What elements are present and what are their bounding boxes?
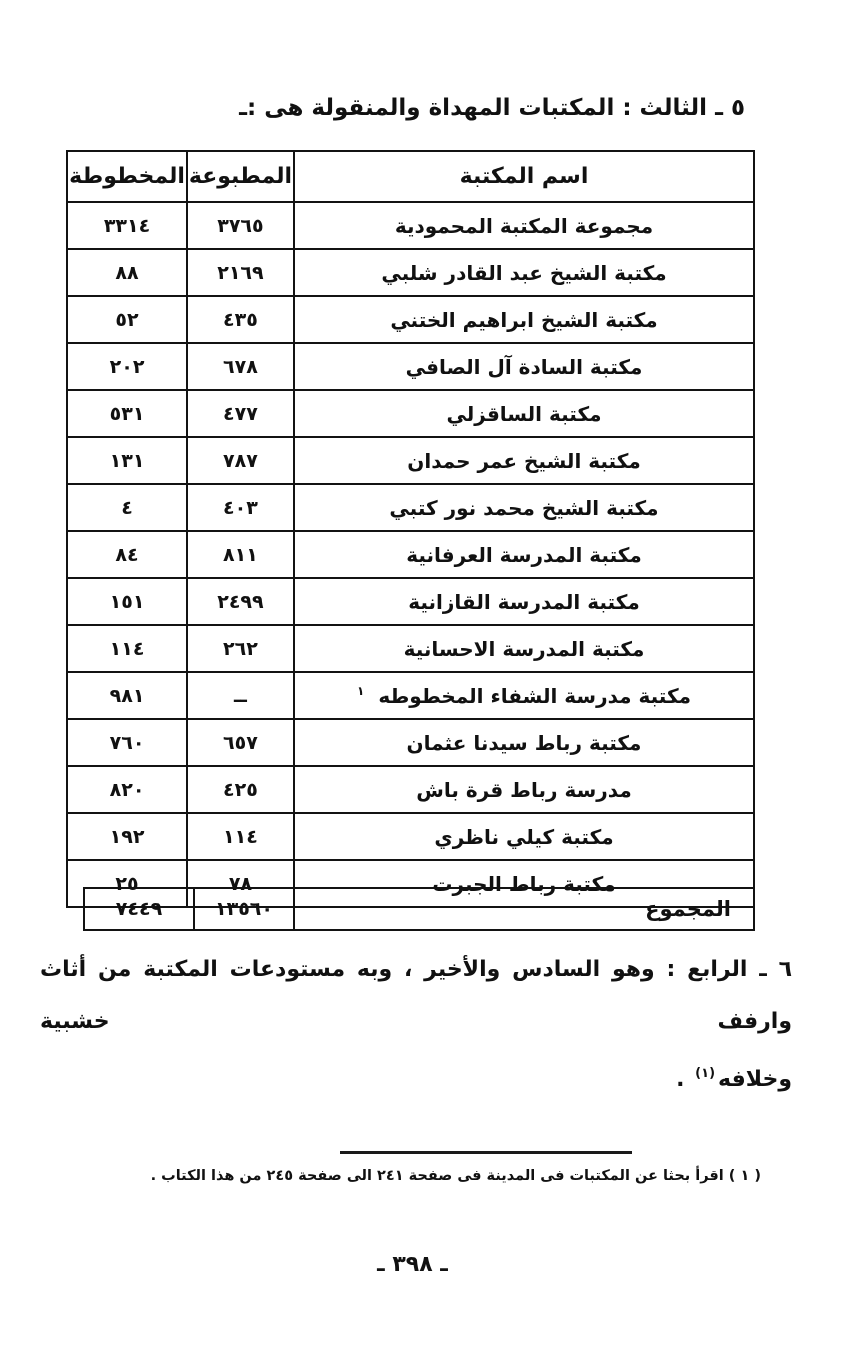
- library-name-cell: مكتبة رباط سيدنا عثمان: [294, 719, 754, 766]
- table-row: مكتبة المدرسة القازانية٢٤٩٩١٥١: [67, 578, 754, 625]
- library-name-cell: مكتبة الساقزلي: [294, 390, 754, 437]
- totals-table: المجموع ١٣٥٦٠ ٧٤٤٩: [83, 887, 755, 931]
- table-row: مكتبة الشيخ عمر حمدان٧٨٧١٣١: [67, 437, 754, 484]
- table-row: مكتبة المدرسة الاحسانية٢٦٢١١٤: [67, 625, 754, 672]
- manuscript-count-cell: ١٩٢: [67, 813, 187, 860]
- table-row: مكتبة كيلي ناظري١١٤١٩٢: [67, 813, 754, 860]
- libraries-table: اسم المكتبة المطبوعة المخطوطة مجموعة الم…: [66, 150, 755, 908]
- table-row: مكتبة مدرسة الشفاء المخطوطه١ــ٩٨١: [67, 672, 754, 719]
- section-heading: ٥ ـ الثالث : المكتبات المهداة والمنقولة …: [239, 95, 745, 121]
- table-row: مكتبة المدرسة العرفانية٨١١٨٤: [67, 531, 754, 578]
- manuscript-count-cell: ٨٢٠: [67, 766, 187, 813]
- cell-note-mark: ١: [357, 684, 378, 698]
- paragraph-line-2-word: وخلافه: [718, 1067, 792, 1092]
- table-row: مكتبة السادة آل الصافي٦٧٨٢٠٢: [67, 343, 754, 390]
- library-name-cell: مجموعة المكتبة المحمودية: [294, 202, 754, 249]
- library-name-cell: مكتبة الشيخ عبد القادر شلبي: [294, 249, 754, 296]
- printed-count-cell: ٢١٦٩: [187, 249, 294, 296]
- printed-count-cell: ٢٤٩٩: [187, 578, 294, 625]
- printed-count-cell: ٢٦٢: [187, 625, 294, 672]
- table-row: مكتبة رباط سيدنا عثمان٦٥٧٧٦٠: [67, 719, 754, 766]
- header-manuscript: المخطوطة: [67, 151, 187, 202]
- printed-count-cell: ٤٢٥: [187, 766, 294, 813]
- printed-count-cell: ٤٠٣: [187, 484, 294, 531]
- printed-count-cell: ٦٥٧: [187, 719, 294, 766]
- library-name-cell: مكتبة الشيخ ابراهيم الختني: [294, 296, 754, 343]
- header-library-name: اسم المكتبة: [294, 151, 754, 202]
- totals-row: المجموع ١٣٥٦٠ ٧٤٤٩: [84, 888, 754, 930]
- printed-count-cell: ١١٤: [187, 813, 294, 860]
- paragraph-line-2-period: .: [676, 1067, 684, 1092]
- library-name-cell: مكتبة المدرسة الاحسانية: [294, 625, 754, 672]
- table-row: مكتبة الشيخ محمد نور كتبي٤٠٣٤: [67, 484, 754, 531]
- manuscript-count-cell: ٨٤: [67, 531, 187, 578]
- manuscript-count-cell: ٣٣١٤: [67, 202, 187, 249]
- printed-count-cell: ٤٧٧: [187, 390, 294, 437]
- table-row: مكتبة الشيخ ابراهيم الختني٤٣٥٥٢: [67, 296, 754, 343]
- footnote-divider: [340, 1151, 632, 1154]
- header-printed: المطبوعة: [187, 151, 294, 202]
- table-row: مكتبة الشيخ عبد القادر شلبي٢١٦٩٨٨: [67, 249, 754, 296]
- manuscript-count-cell: ١١٤: [67, 625, 187, 672]
- manuscript-count-cell: ٤: [67, 484, 187, 531]
- manuscript-count-cell: ٨٨: [67, 249, 187, 296]
- library-name-cell: مكتبة الشيخ عمر حمدان: [294, 437, 754, 484]
- total-printed-value: ١٣٥٦٠: [194, 888, 294, 930]
- printed-count-cell: ٤٣٥: [187, 296, 294, 343]
- footnote-text: ( ١ ) اقرأ بحثا عن المكتبات فى المدينة ف…: [151, 1168, 761, 1184]
- manuscript-count-cell: ١٣١: [67, 437, 187, 484]
- libraries-table-body: مجموعة المكتبة المحمودية٣٧٦٥٣٣١٤مكتبة ال…: [67, 202, 754, 907]
- table-row: مجموعة المكتبة المحمودية٣٧٦٥٣٣١٤: [67, 202, 754, 249]
- table-row: مدرسة رباط قرة باش٤٢٥٨٢٠: [67, 766, 754, 813]
- library-name-cell: مكتبة المدرسة القازانية: [294, 578, 754, 625]
- manuscript-count-cell: ٥٢: [67, 296, 187, 343]
- library-name-cell: مكتبة السادة آل الصافي: [294, 343, 754, 390]
- manuscript-count-cell: ٢٠٢: [67, 343, 187, 390]
- library-name-cell: مدرسة رباط قرة باش: [294, 766, 754, 813]
- printed-count-cell: ٦٧٨: [187, 343, 294, 390]
- library-name-cell: مكتبة الشيخ محمد نور كتبي: [294, 484, 754, 531]
- page-number: ـ ٣٩٨ ـ: [0, 1252, 825, 1277]
- printed-count-cell: ٣٧٦٥: [187, 202, 294, 249]
- table-row: مكتبة الساقزلي٤٧٧٥٣١: [67, 390, 754, 437]
- library-name-cell: مكتبة مدرسة الشفاء المخطوطه١: [294, 672, 754, 719]
- body-paragraph: ٦ ـ الرابع : وهو السادس والأخير ، وبه مس…: [40, 944, 792, 1106]
- manuscript-count-cell: ٧٦٠: [67, 719, 187, 766]
- footnote-reference: (١): [692, 1066, 718, 1081]
- manuscript-count-cell: ١٥١: [67, 578, 187, 625]
- library-name-cell: مكتبة المدرسة العرفانية: [294, 531, 754, 578]
- table-header-row: اسم المكتبة المطبوعة المخطوطة: [67, 151, 754, 202]
- paragraph-line-2: وخلافه(١) .: [40, 1048, 792, 1106]
- printed-count-cell: ٧٨٧: [187, 437, 294, 484]
- library-name-cell: مكتبة كيلي ناظري: [294, 813, 754, 860]
- document-page: ٥ ـ الثالث : المكتبات المهداة والمنقولة …: [0, 0, 849, 1354]
- total-label: المجموع: [294, 888, 754, 930]
- printed-count-cell: ــ: [187, 672, 294, 719]
- total-manuscript-value: ٧٤٤٩: [84, 888, 194, 930]
- printed-count-cell: ٨١١: [187, 531, 294, 578]
- manuscript-count-cell: ٩٨١: [67, 672, 187, 719]
- manuscript-count-cell: ٥٣١: [67, 390, 187, 437]
- paragraph-line-1: ٦ ـ الرابع : وهو السادس والأخير ، وبه مس…: [40, 944, 792, 1048]
